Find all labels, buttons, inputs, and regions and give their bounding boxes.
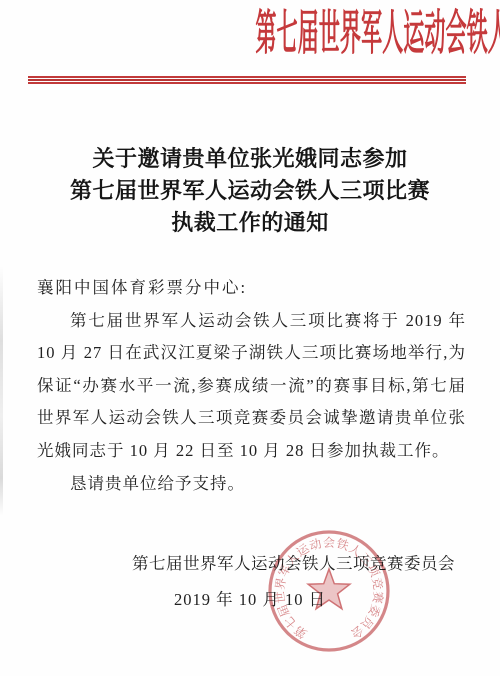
scan-smudge <box>0 266 3 516</box>
letterhead-divider-rule <box>28 76 466 84</box>
paragraph-main: 第七届世界军人运动会铁人三项比赛将于 2019 年 10 月 27 日在武汉江夏… <box>37 305 466 468</box>
signature-date: 2019 年 10 月 10 日 <box>120 588 500 612</box>
salutation: 襄阳中国体育彩票分中心: <box>37 272 466 305</box>
notice-document-page: 第七届世界军人运动会铁人三项竞赛委员会 关于邀请贵单位张光娥同志参加 第七届世界… <box>0 0 500 676</box>
document-title-line-1: 关于邀请贵单位张光娥同志参加 <box>0 143 500 175</box>
signature-organization: 第七届世界军人运动会铁人三项竞赛委员会 <box>0 552 455 576</box>
document-title-line-2: 第七届世界军人运动会铁人三项比赛 <box>0 175 500 207</box>
document-title-line-3: 执裁工作的通知 <box>0 207 500 239</box>
letterhead-masthead: 第七届世界军人运动会铁人三项竞赛委员会 <box>0 6 500 62</box>
document-body: 襄阳中国体育彩票分中心: 第七届世界军人运动会铁人三项比赛将于 2019 年 1… <box>37 272 466 500</box>
paragraph-request: 恳请贵单位给予支持。 <box>37 468 466 501</box>
document-title: 关于邀请贵单位张光娥同志参加 第七届世界军人运动会铁人三项比赛 执裁工作的通知 <box>0 143 500 239</box>
letterhead-title: 第七届世界军人运动会铁人三项竞赛委员会 <box>255 6 500 62</box>
